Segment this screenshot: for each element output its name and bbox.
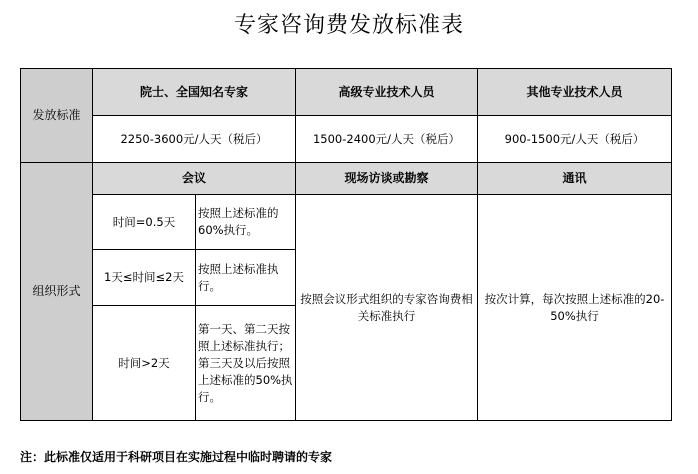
form-header-site-visit: 现场访谈或勘察: [296, 163, 478, 195]
fee-standard-table: 发放标准 院士、全国知名专家 高级专业技术人员 其他专业技术人员 2250-36…: [20, 68, 672, 421]
meeting-duration: 时间>2天: [93, 306, 196, 421]
meeting-duration: 1天≤时间≤2天: [93, 250, 196, 306]
form-header-meeting: 会议: [93, 163, 296, 195]
footnote: 注：此标准仅适用于科研项目在实施过程中临时聘请的专家: [20, 448, 332, 465]
category-header-senior: 高级专业技术人员: [296, 69, 478, 116]
meeting-rule: 第一天、第二天按照上述标准执行； 第三天及以后按照上述标准的50%执行。: [196, 306, 296, 421]
rate-academician: 2250-3600元/人天（税后）: [93, 116, 296, 163]
row-label-standard: 发放标准: [21, 69, 93, 163]
category-header-academician: 院士、全国知名专家: [93, 69, 296, 116]
row-label-organization: 组织形式: [21, 163, 93, 421]
communication-rule: 按次计算，每次按照上述标准的20-50%执行: [478, 195, 672, 421]
category-header-other: 其他专业技术人员: [478, 69, 672, 116]
form-header-communication: 通讯: [478, 163, 672, 195]
site-visit-rule: 按照会议形式组织的专家咨询费相关标准执行: [296, 195, 478, 421]
rate-other: 900-1500元/人天（税后）: [478, 116, 672, 163]
page-title: 专家咨询费发放标准表: [0, 8, 698, 39]
meeting-duration: 时间=0.5天: [93, 195, 196, 250]
meeting-rule: 按照上述标准执行。: [196, 250, 296, 306]
meeting-rule: 按照上述标准的60%执行。: [196, 195, 296, 250]
rate-senior: 1500-2400元/人天（税后）: [296, 116, 478, 163]
